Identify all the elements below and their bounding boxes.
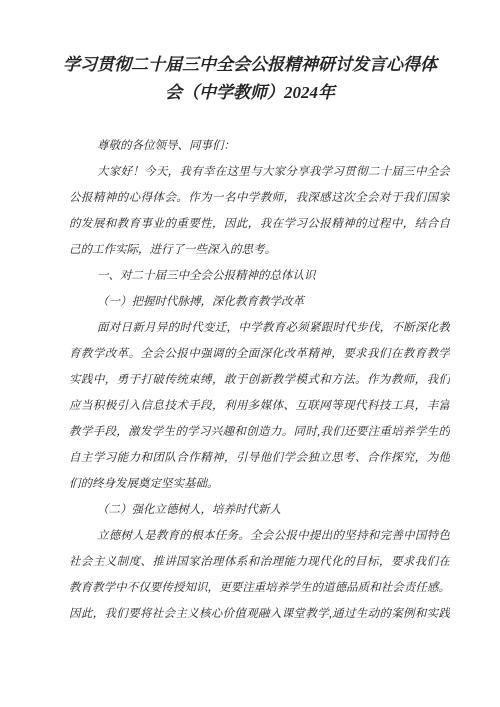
text-line: 教育教学中不仅要传授知识，更要注重培养学生的道德品质和社会责任感。 bbox=[69, 575, 450, 601]
text-line: 应当积极引入信息技术手段，利用多媒体、互联网等现代科技工具，丰富 bbox=[69, 393, 450, 419]
text-line: 的发展和教育事业的重要性，因此，我在学习公报精神的过程中，结合自 bbox=[69, 211, 450, 237]
document-body: 尊敬的各位领导、同事们： 大家好！今天，我有幸在这里与大家分享我学习贯彻二十届三… bbox=[69, 133, 450, 627]
document-page: 学习贯彻二十届三中全会公报精神研讨发言心得体 会（中学教师）2024年 尊敬的各… bbox=[0, 0, 500, 707]
document-title-line-2: 会（中学教师）2024年 bbox=[55, 79, 445, 107]
text-line: 大家好！今天，我有幸在这里与大家分享我学习贯彻二十届三中全会 bbox=[69, 159, 450, 185]
text-line: 面对日新月异的时代变迁，中学教育必须紧跟时代步伐，不断深化教 bbox=[69, 315, 450, 341]
text-line: （一）把握时代脉搏，深化教育教学改革 bbox=[69, 289, 450, 315]
text-line: 立德树人是教育的根本任务。全会公报中提出的坚持和完善中国特色 bbox=[69, 523, 450, 549]
document-title: 学习贯彻二十届三中全会公报精神研讨发言心得体 会（中学教师）2024年 bbox=[55, 51, 445, 107]
text-line: 因此，我们要将社会主义核心价值观融入课堂教学,通过生动的案例和实践 bbox=[69, 601, 450, 627]
text-line: 实践中，勇于打破传统束缚，敢于创新教学模式和方法。作为教师，我们 bbox=[69, 367, 450, 393]
text-line: 一、对二十届三中全会公报精神的总体认识 bbox=[69, 263, 450, 289]
text-line: （二）强化立德树人，培养时代新人 bbox=[69, 497, 450, 523]
text-line: 教学手段，激发学生的学习兴趣和创造力。同时,我们还要注重培养学生的 bbox=[69, 419, 450, 445]
text-line: 己的工作实际，进行了一些深入的思考。 bbox=[69, 237, 450, 263]
text-line: 自主学习能力和团队合作精神，引导他们学会独立思考、合作探究，为他 bbox=[69, 445, 450, 471]
text-line: 公报精神的心得体会。作为一名中学教师，我深感这次全会对于我们国家 bbox=[69, 185, 450, 211]
text-line: 们的终身发展奠定坚实基础。 bbox=[69, 471, 450, 497]
text-line: 社会主义制度、推讲国家治理体系和治理能力现代化的目标，要求我们在 bbox=[69, 549, 450, 575]
document-title-line-1: 学习贯彻二十届三中全会公报精神研讨发言心得体 bbox=[55, 51, 445, 79]
text-line: 尊敬的各位领导、同事们： bbox=[69, 133, 450, 159]
text-line: 育教学改革。全会公报中强调的全面深化改革精神，要求我们在教育教学 bbox=[69, 341, 450, 367]
